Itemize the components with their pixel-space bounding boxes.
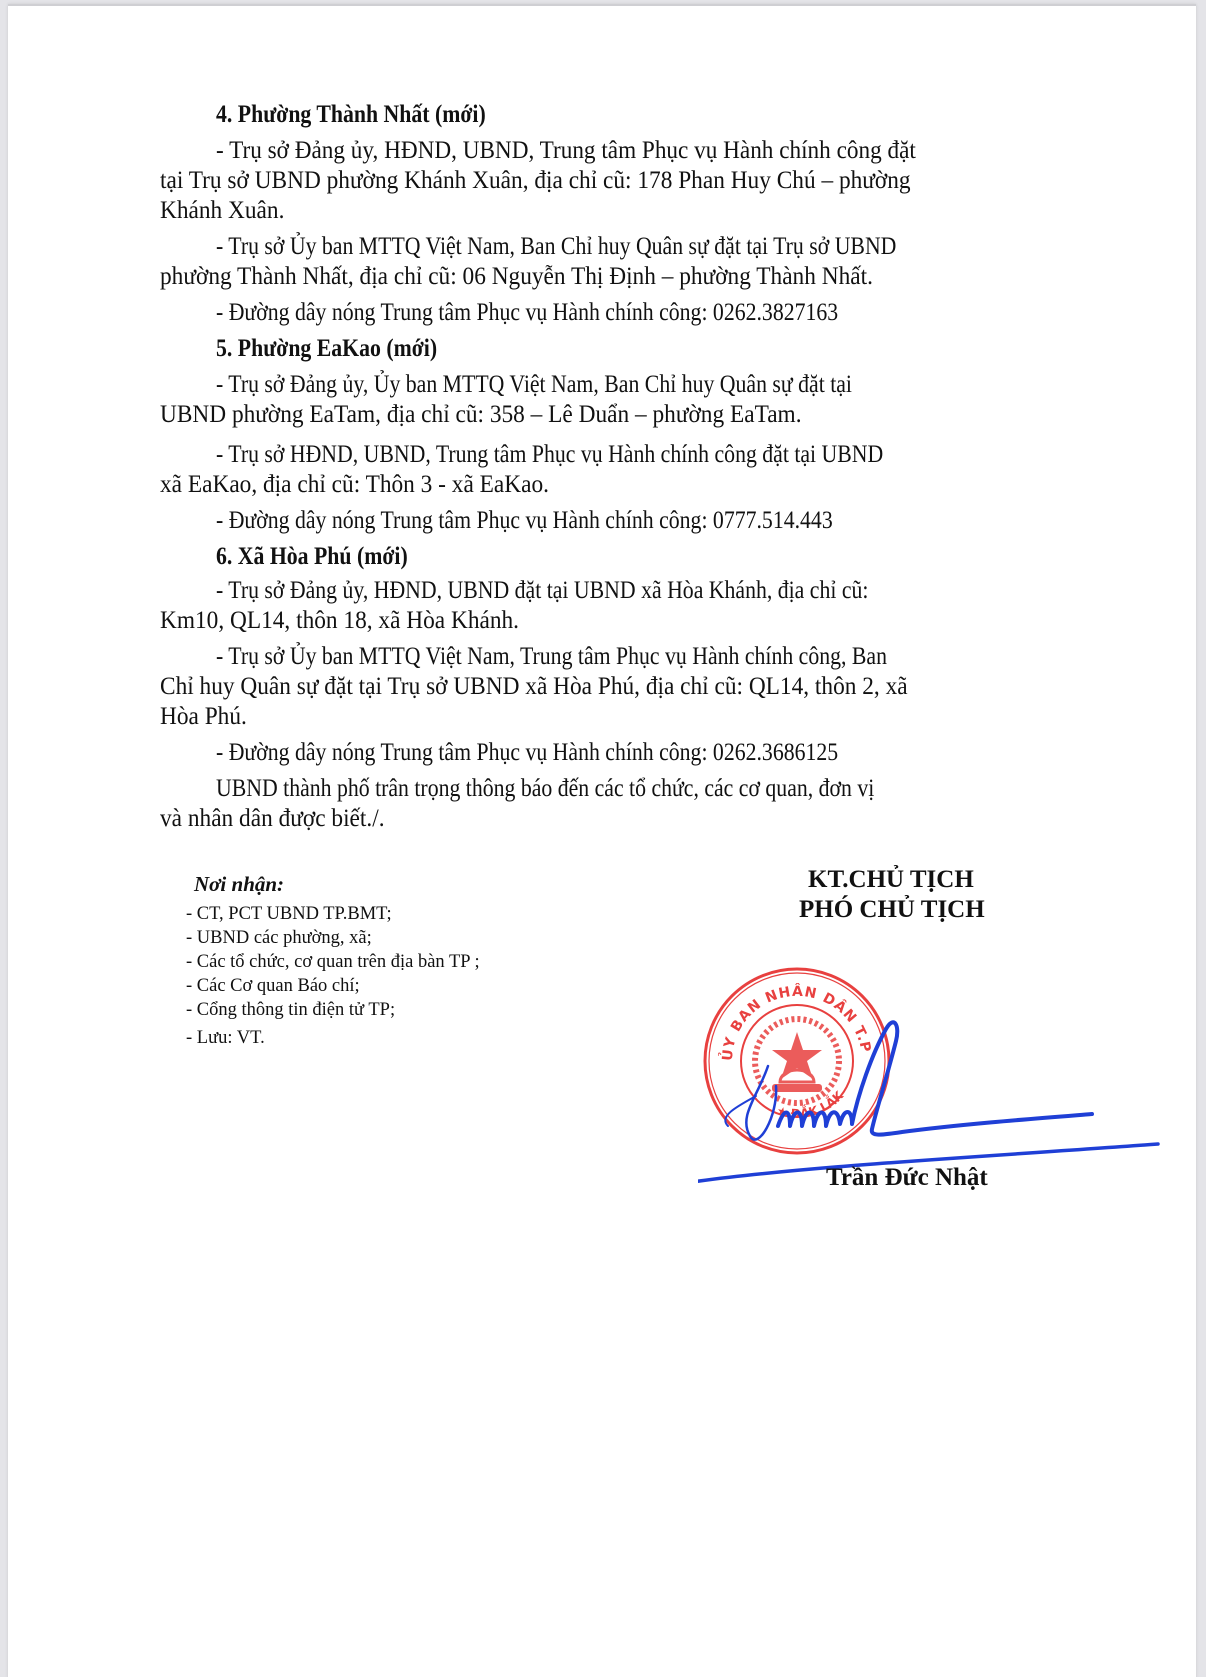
document-page: 4. Phường Thành Nhất (mới) - Trụ sở Đảng… xyxy=(8,4,1196,1677)
recipient-item: - Cổng thông tin điện tử TP; xyxy=(186,998,395,1022)
signature-title-2: PHÓ CHỦ TỊCH xyxy=(799,896,985,924)
recipients-title: Nơi nhận: xyxy=(194,872,284,897)
recipient-item: - CT, PCT UBND TP.BMT; xyxy=(186,902,392,926)
paragraph-line: - Trụ sở Đảng ủy, HĐND, UBND đặt tại UBN… xyxy=(216,574,1000,606)
section-heading: 6. Xã Hòa Phú (mới) xyxy=(216,540,1000,572)
paragraph-line: - Trụ sở Ủy ban MTTQ Việt Nam, Trung tâm… xyxy=(216,640,1000,672)
recipient-item: - Các Cơ quan Báo chí; xyxy=(186,974,360,998)
paragraph-line: xã EaKao, địa chỉ cũ: Thôn 3 - xã EaKao. xyxy=(160,468,1000,500)
closing-line: UBND thành phố trân trọng thông báo đến … xyxy=(216,772,1000,804)
recipient-item: - UBND các phường, xã; xyxy=(186,926,372,950)
paragraph-line: - Trụ sở Đảng ủy, HĐND, UBND, Trung tâm … xyxy=(216,134,1000,166)
paragraph-line: phường Thành Nhất, địa chỉ cũ: 06 Nguyễn… xyxy=(160,260,1000,292)
hotline-line: - Đường dây nóng Trung tâm Phục vụ Hành … xyxy=(216,504,1000,536)
signature-icon xyxy=(698,1016,1178,1186)
paragraph-line: Hòa Phú. xyxy=(160,700,1000,732)
closing-line: và nhân dân được biết./. xyxy=(160,802,1000,834)
signer-name: Trần Đức Nhật xyxy=(826,1164,988,1192)
paragraph-line: Khánh Xuân. xyxy=(160,194,1000,226)
paragraph-line: - Trụ sở Đảng ủy, Ủy ban MTTQ Việt Nam, … xyxy=(216,368,1000,400)
section-heading: 4. Phường Thành Nhất (mới) xyxy=(216,98,1000,130)
paragraph-line: tại Trụ sở UBND phường Khánh Xuân, địa c… xyxy=(160,164,1000,196)
hotline-line: - Đường dây nóng Trung tâm Phục vụ Hành … xyxy=(216,736,1000,768)
paragraph-line: Chỉ huy Quân sự đặt tại Trụ sở UBND xã H… xyxy=(160,670,1000,702)
recipient-item: - Lưu: VT. xyxy=(186,1026,265,1050)
paragraph-line: - Trụ sở HĐND, UBND, Trung tâm Phục vụ H… xyxy=(216,438,1000,470)
hotline-line: - Đường dây nóng Trung tâm Phục vụ Hành … xyxy=(216,296,1000,328)
paragraph-line: - Trụ sở Ủy ban MTTQ Việt Nam, Ban Chỉ h… xyxy=(216,230,1000,262)
paragraph-line: Km10, QL14, thôn 18, xã Hòa Khánh. xyxy=(160,604,1000,636)
paragraph-line: UBND phường EaTam, địa chỉ cũ: 358 – Lê … xyxy=(160,398,1000,430)
recipient-item: - Các tổ chức, cơ quan trên địa bàn TP ; xyxy=(186,950,480,974)
signature-title-1: KT.CHỦ TỊCH xyxy=(808,866,974,894)
section-heading: 5. Phường EaKao (mới) xyxy=(216,332,1000,364)
